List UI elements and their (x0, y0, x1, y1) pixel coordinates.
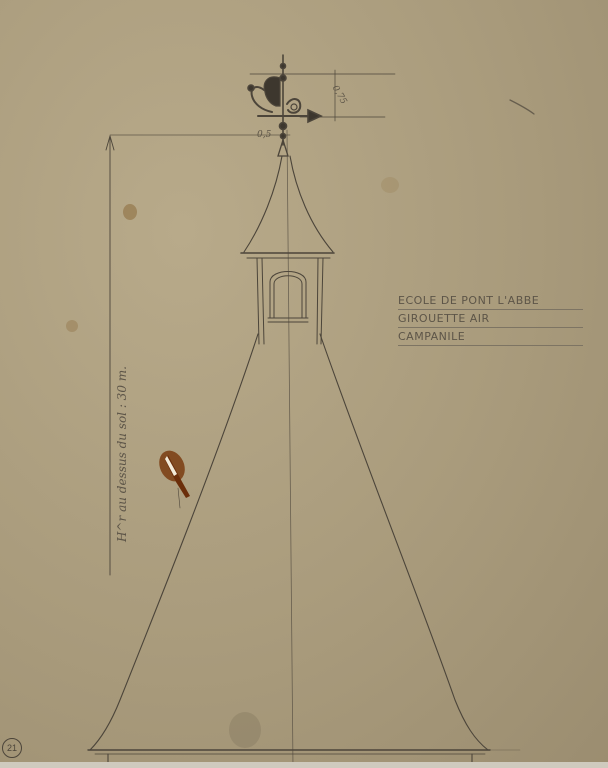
stray-pencil-mark (510, 100, 534, 114)
small-dimension-label: 0,5 (257, 130, 271, 140)
spire-elevation-drawing (0, 0, 608, 768)
center-axis-line (287, 130, 293, 768)
sheet-number-badge: 21 (2, 738, 22, 758)
belfry-lantern (257, 258, 323, 344)
main-spire (88, 334, 520, 768)
burn-mark (154, 446, 190, 498)
title-weathervane: GIROUETTE AIR (398, 310, 583, 328)
drawing-sheet: ECOLE DE PONT L'ABBE GIROUETTE AIR CAMPA… (0, 0, 608, 768)
height-label: H^r au dessus du sol : 30 m. (115, 382, 129, 542)
photo-bottom-edge (0, 762, 608, 768)
title-school: ECOLE DE PONT L'ABBE (398, 292, 583, 310)
weathervane (248, 55, 321, 156)
title-block: ECOLE DE PONT L'ABBE GIROUETTE AIR CAMPA… (398, 292, 583, 346)
title-campanile: CAMPANILE (398, 328, 583, 346)
